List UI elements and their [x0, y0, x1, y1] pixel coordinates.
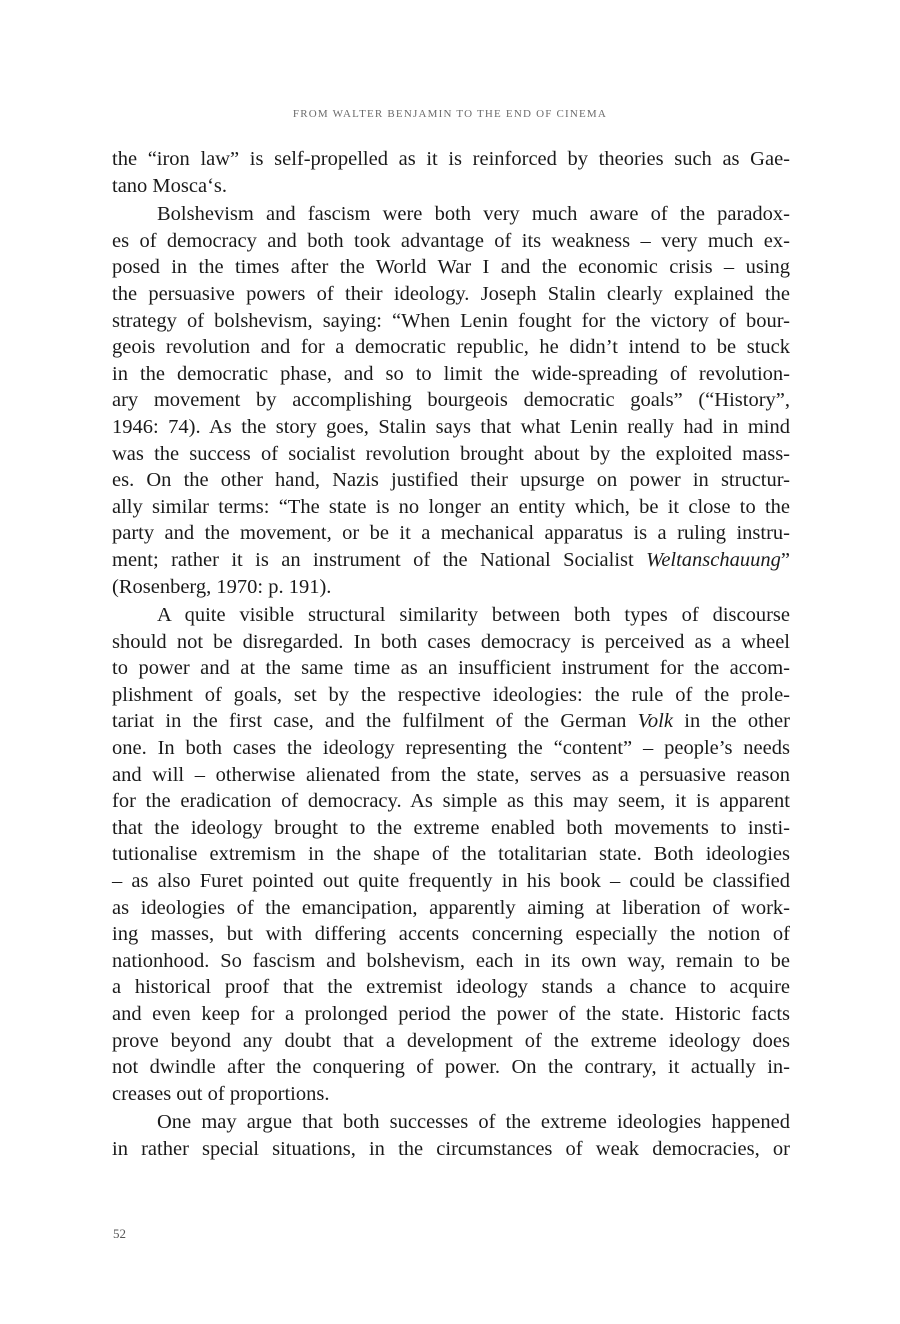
text-line: ment; rather it is an instrument of the … — [112, 547, 790, 574]
paragraph: One may argue that both successes of the… — [112, 1109, 790, 1162]
text-line: that the ideology brought to the extreme… — [112, 815, 790, 842]
text-line: tutionalise extremism in the shape of th… — [112, 841, 790, 868]
text-line: as ideologies of the emancipation, appar… — [112, 895, 790, 922]
text-segment: ment; rather it is an instrument of the … — [112, 549, 646, 571]
text-line: nationhood. So fascism and bolshevism, e… — [112, 948, 790, 975]
text-line: es. On the other hand, Nazis justified t… — [112, 467, 790, 494]
text-line: and even keep for a prolonged period the… — [112, 1001, 790, 1028]
text-segment: in the other — [673, 710, 790, 732]
text-line: one. In both cases the ideology represen… — [112, 735, 790, 762]
paragraph: Bolshevism and fascism were both very mu… — [112, 201, 790, 600]
text-line: 1946: 74). As the story goes, Stalin say… — [112, 414, 790, 441]
text-line: tano Mosca‘s. — [112, 173, 790, 200]
page-number: 52 — [113, 1226, 126, 1242]
text-line: – as also Furet pointed out quite freque… — [112, 868, 790, 895]
text-line: posed in the times after the World War I… — [112, 254, 790, 281]
italic-term: Weltanschauung — [646, 549, 781, 571]
text-line: the persuasive powers of their ideology.… — [112, 281, 790, 308]
body-text: the “iron law” is self-propelled as it i… — [112, 146, 790, 1163]
text-line: Bolshevism and fascism were both very mu… — [112, 201, 790, 228]
text-line: was the success of socialist revolution … — [112, 441, 790, 468]
text-line: ing masses, but with differing accents c… — [112, 921, 790, 948]
text-line: for the eradication of democracy. As sim… — [112, 788, 790, 815]
paragraph: A quite visible structural similarity be… — [112, 602, 790, 1107]
text-line: plishment of goals, set by the respectiv… — [112, 682, 790, 709]
text-line: tariat in the first case, and the fulfil… — [112, 708, 790, 735]
text-line: party and the movement, or be it a mecha… — [112, 520, 790, 547]
text-line: and will – otherwise alienated from the … — [112, 762, 790, 789]
text-line: in rather special situations, in the cir… — [112, 1136, 790, 1163]
text-line: prove beyond any doubt that a developmen… — [112, 1028, 790, 1055]
text-segment: ” — [781, 549, 790, 571]
text-line: in the democratic phase, and so to limit… — [112, 361, 790, 388]
text-line: not dwindle after the conquering of powe… — [112, 1054, 790, 1081]
text-line: A quite visible structural similarity be… — [112, 602, 790, 629]
text-line: strategy of bolshevism, saying: “When Le… — [112, 308, 790, 335]
text-line: (Rosenberg, 1970: p. 191). — [112, 574, 790, 601]
text-line: creases out of proportions. — [112, 1081, 790, 1108]
text-line: the “iron law” is self-propelled as it i… — [112, 146, 790, 173]
text-line: a historical proof that the extremist id… — [112, 974, 790, 1001]
text-segment: tariat in the first case, and the fulfil… — [112, 710, 638, 732]
text-line: One may argue that both successes of the… — [112, 1109, 790, 1136]
text-line: ary movement by accomplishing bourgeois … — [112, 387, 790, 414]
italic-term: Volk — [638, 710, 673, 732]
text-line: should not be disregarded. In both cases… — [112, 629, 790, 656]
paragraph: the “iron law” is self-propelled as it i… — [112, 146, 790, 199]
text-line: es of democracy and both took advantage … — [112, 228, 790, 255]
running-head: FROM WALTER BENJAMIN TO THE END OF CINEM… — [0, 108, 900, 120]
text-line: geois revolution and for a democratic re… — [112, 334, 790, 361]
text-line: ally similar terms: “The state is no lon… — [112, 494, 790, 521]
text-line: to power and at the same time as an insu… — [112, 655, 790, 682]
